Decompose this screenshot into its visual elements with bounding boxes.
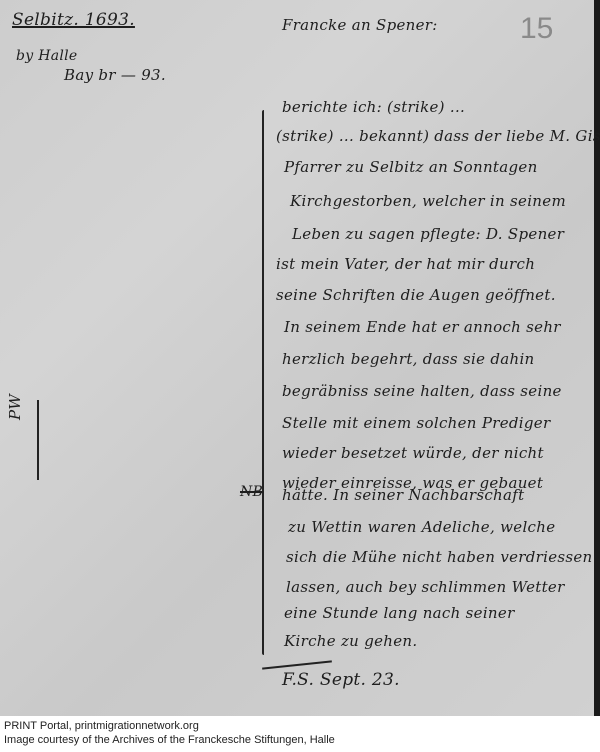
caption-source: PRINT Portal, printmigrationnetwork.org [4,719,335,733]
body-line: ist mein Vater, der hat mir durch [276,255,535,273]
body-line: (strike) ... bekannt) dass der liebe M. … [276,127,600,145]
body-line: begräbniss seine halten, dass seine [282,382,562,400]
body-line: sich die Mühe nicht haben verdriessen [286,548,593,566]
body-line: Pfarrer zu Selbitz an Sonntagen [284,158,538,176]
header-title: Francke an Spener: [282,16,438,34]
image-caption: PRINT Portal, printmigrationnetwork.org … [4,719,335,747]
header-place-year: Selbitz. 1693. [12,10,135,30]
caption-credit: Image courtesy of the Archives of the Fr… [4,733,335,747]
body-line: wieder besetzet würde, der nicht [282,444,544,462]
body-line: eine Stunde lang nach seiner [284,604,515,622]
body-line: Stelle mit einem solchen Prediger [282,414,550,432]
body-line: Kirchgestorben, welcher in seinem [290,192,566,210]
body-line: Kirche zu gehen. [284,632,417,650]
body-line: lassen, auch bey schlimmen Wetter [286,578,565,596]
manuscript-image: Selbitz. 1693. by Halle Bay br — 93. Fra… [0,0,600,716]
body-line: Leben zu sagen pflegte: D. Spener [292,225,564,243]
signature-rule [262,660,332,669]
body-line: seine Schriften die Augen geöffnet. [276,286,556,304]
signature: F.S. Sept. 23. [282,670,400,690]
body-line: hätte. In seiner Nachbarschaft [282,486,524,504]
body-line: berichte ich: (strike) ... [282,98,465,116]
page-edge [594,0,600,716]
margin-note-left: PW [6,394,24,420]
text-bracket [262,110,264,655]
body-line: In seinem Ende hat er annoch sehr [284,318,561,336]
folio-number: 15 [520,12,553,46]
margin-bracket [37,400,39,480]
body-line: herzlich begehrt, dass sie dahin [282,350,535,368]
body-line: zu Wettin waren Adeliche, welche [288,518,555,536]
header-via: by Halle [16,48,78,64]
margin-note-mid: NB [240,484,263,500]
header-date-note: Bay br — 93. [64,66,166,84]
